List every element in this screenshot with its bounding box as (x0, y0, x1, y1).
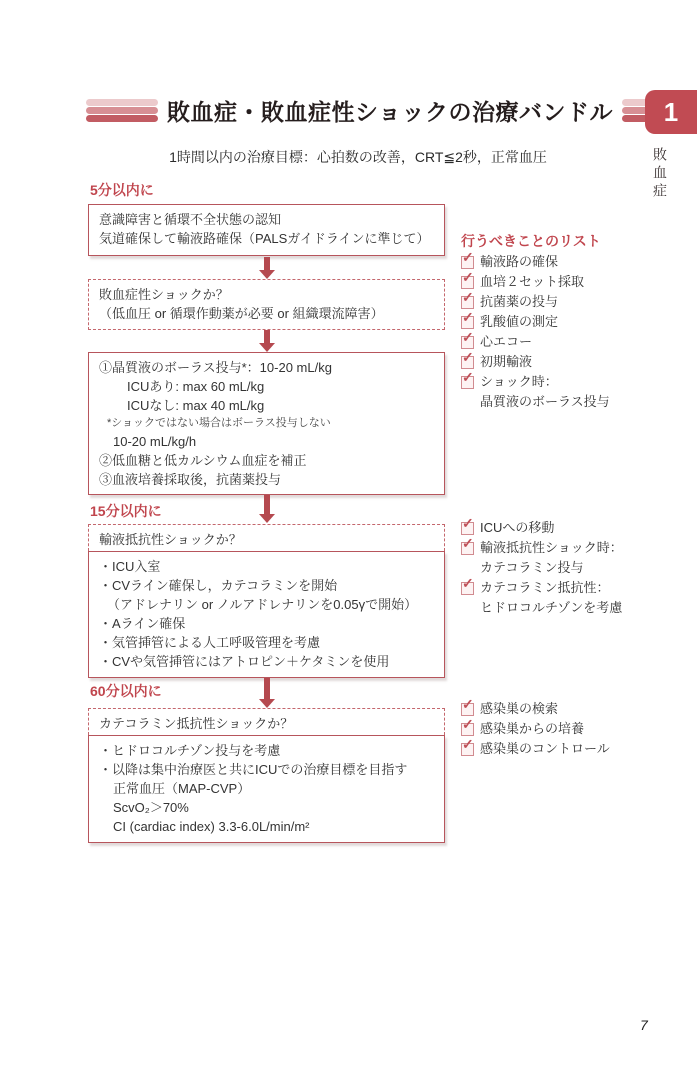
checklist-item: ✓ ショック時： (461, 372, 661, 392)
checklist-item: ✓ 感染巣の検索 (461, 699, 661, 719)
checkbox-icon: ✓ (461, 296, 474, 309)
flow-box-recognition: 意識障害と循環不全状態の認知 気道確保して輸液路確保（PALSガイドラインに準じ… (88, 204, 445, 256)
down-arrow-icon (264, 330, 270, 343)
checklist-item: ✓ 輸液抵抗性ショック時： (461, 538, 661, 558)
page-header: 敗血症・敗血症性ショックの治療バンドル (86, 94, 694, 127)
checkbox-icon: ✓ (461, 316, 474, 329)
time-label-5min: 5分以内に (90, 180, 154, 200)
checklist-item: ✓ 血培２セット採取 (461, 272, 661, 292)
flow-box-line: 気道確保して輸液路確保（PALSガイドラインに準じて） (99, 229, 434, 248)
flow-box-line: ②低血糖と低カルシウム血症を補正 (99, 451, 434, 470)
flow-box-line: 敗血症性ショックか？ (99, 285, 434, 304)
checkbox-icon: ✓ (461, 336, 474, 349)
title-decoration-left-icon (86, 99, 158, 122)
down-arrow-icon (264, 678, 270, 699)
checkbox-icon: ✓ (461, 276, 474, 289)
time-label-15min: 15分以内に (90, 501, 162, 521)
chapter-tab: 1 (645, 90, 697, 134)
flow-box-line: ・ICU入室 (99, 557, 434, 576)
flow-box-line: ・CVや気管挿管にはアトロピン＋ケタミンを使用 (99, 652, 434, 671)
checklist-15min: ✓ ICUへの移動 ✓ 輸液抵抗性ショック時： カテコラミン投与 ✓ カテコラミ… (461, 518, 661, 618)
checklist-5min: ✓ 輸液路の確保 ✓ 血培２セット採取 ✓ 抗菌薬の投与 ✓ 乳酸値の測定 ✓ … (461, 252, 661, 412)
flow-box-line: ・気管挿管による人工呼吸管理を考慮 (99, 633, 434, 652)
flow-box-line: カテコラミン抵抗性ショックか？ (99, 714, 434, 733)
flow-box-bolus-therapy: ①晶質液のボーラス投与*：10-20 mL/kg ICUあり: max 60 m… (88, 352, 445, 495)
flow-box-line: CI (cardiac index) 3.3-6.0L/min/m² (99, 817, 434, 836)
checklist-item: ✓ ICUへの移動 (461, 518, 661, 538)
treatment-goal-subtitle: 1時間以内の治療目標：心拍数の改善，CRT≦2秒，正常血圧 (78, 147, 638, 167)
checklist-item: ✓ 乳酸値の測定 (461, 312, 661, 332)
down-arrow-icon (264, 495, 270, 514)
checkbox-icon: ✓ (461, 743, 474, 756)
flow-box-icu-catecholamine: ・ICU入室 ・CVライン確保し，カテコラミンを開始 （アドレナリン or ノル… (88, 551, 445, 678)
checklist-60min: ✓ 感染巣の検索 ✓ 感染巣からの培養 ✓ 感染巣のコントロール (461, 699, 661, 759)
down-arrow-icon (264, 257, 270, 270)
checklist-item: ✓ カテコラミン抵抗性： (461, 578, 661, 598)
checklist-item: ✓ 感染巣のコントロール (461, 739, 661, 759)
flow-box-fluid-refractory-question: 輸液抵抗性ショックか？ (88, 524, 445, 551)
checklist-item: ✓ 初期輸液 (461, 352, 661, 372)
page-number: 7 (640, 1017, 648, 1033)
checklist-item: ✓ 抗菌薬の投与 (461, 292, 661, 312)
chapter-side-label: 敗血症 (650, 147, 670, 201)
flow-box-line: （アドレナリン or ノルアドレナリンを0.05γで開始） (99, 595, 434, 614)
flow-box-line: ・Aライン確保 (99, 614, 434, 633)
checkbox-icon: ✓ (461, 376, 474, 389)
flow-box-footnote: *ショックではない場合はボーラス投与しない (99, 415, 434, 432)
checklist-item-continuation: 晶質液のボーラス投与 (461, 392, 661, 412)
checkbox-icon: ✓ (461, 542, 474, 555)
flow-box-line: 輸液抵抗性ショックか？ (99, 530, 434, 549)
flow-box-line: ICUあり: max 60 mL/kg (99, 377, 434, 396)
checklist-header: 行うべきことのリスト (461, 231, 601, 251)
checkbox-icon: ✓ (461, 703, 474, 716)
flow-box-line: ScvO₂＞70% (99, 798, 434, 817)
checklist-item-continuation: ヒドロコルチゾンを考慮 (461, 598, 661, 618)
flow-box-line: ICUなし: max 40 mL/kg (99, 396, 434, 415)
flow-box-line: ・CVライン確保し，カテコラミンを開始 (99, 576, 434, 595)
checkbox-icon: ✓ (461, 356, 474, 369)
flow-box-line: ・以降は集中治療医と共にICUでの治療目標を目指す (99, 760, 434, 779)
book-page: 敗血症・敗血症性ショックの治療バンドル 1 敗血症 1時間以内の治療目標：心拍数… (0, 0, 697, 1075)
flow-box-hydrocortisone-goals: ・ヒドロコルチゾン投与を考慮 ・以降は集中治療医と共にICUでの治療目標を目指す… (88, 735, 445, 843)
checklist-item: ✓ 感染巣からの培養 (461, 719, 661, 739)
checklist-item: ✓ 心エコー (461, 332, 661, 352)
chapter-number: 1 (664, 97, 678, 128)
checkbox-icon: ✓ (461, 582, 474, 595)
flow-box-line: 正常血圧（MAP-CVP） (99, 779, 434, 798)
checkbox-icon: ✓ (461, 723, 474, 736)
flow-box-septic-shock-question: 敗血症性ショックか？ （低血圧 or 循環作動薬が必要 or 組織環流障害） (88, 279, 445, 330)
flow-box-line: ・ヒドロコルチゾン投与を考慮 (99, 741, 434, 760)
flow-box-line: 意識障害と循環不全状態の認知 (99, 210, 434, 229)
page-title: 敗血症・敗血症性ショックの治療バンドル (167, 94, 613, 127)
checkbox-icon: ✓ (461, 256, 474, 269)
time-label-60min: 60分以内に (90, 681, 162, 701)
checklist-item-continuation: カテコラミン投与 (461, 558, 661, 578)
checklist-item: ✓ 輸液路の確保 (461, 252, 661, 272)
flow-box-line: 10-20 mL/kg/h (99, 432, 434, 451)
checkbox-icon: ✓ (461, 522, 474, 535)
flow-box-line: ③血液培養採取後，抗菌薬投与 (99, 470, 434, 489)
flow-box-line: ①晶質液のボーラス投与*：10-20 mL/kg (99, 358, 434, 377)
flow-box-line: （低血圧 or 循環作動薬が必要 or 組織環流障害） (99, 304, 434, 323)
flow-box-catecholamine-refractory-question: カテコラミン抵抗性ショックか？ (88, 708, 445, 735)
